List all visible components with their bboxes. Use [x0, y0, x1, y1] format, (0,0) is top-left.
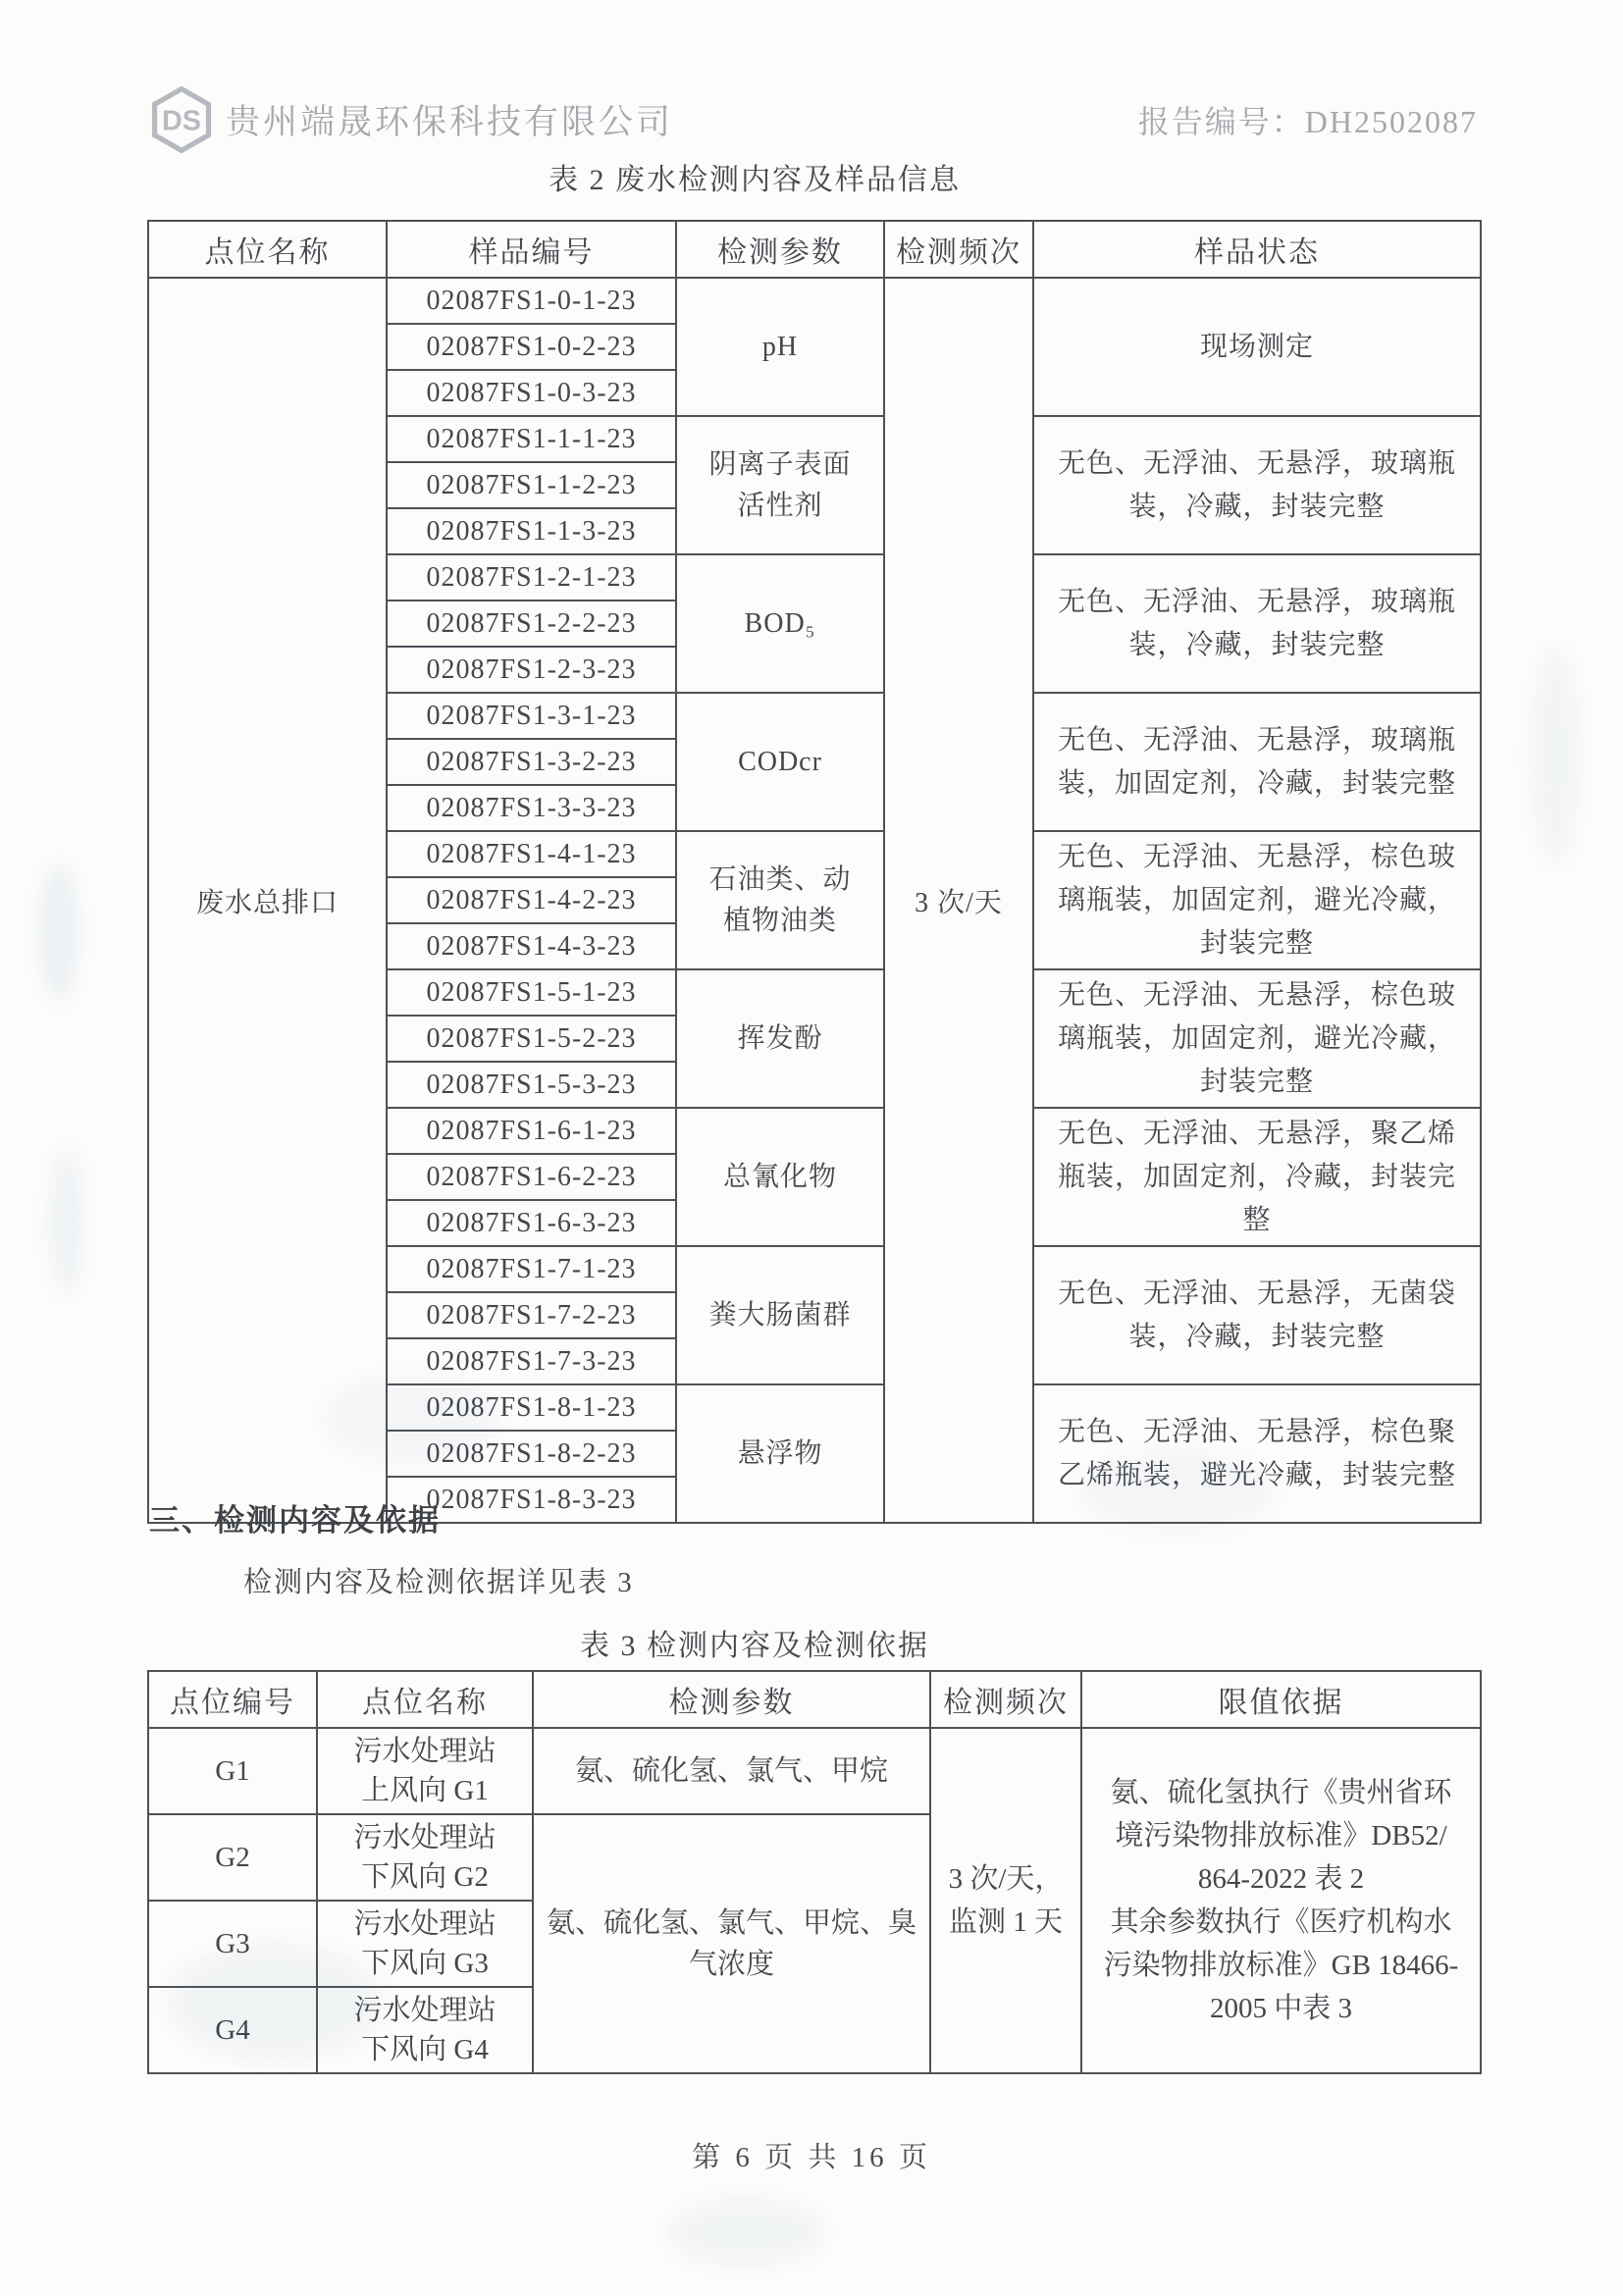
point-id-cell: G1: [148, 1728, 317, 1814]
sample-id-cell: 02087FS1-7-1-23: [387, 1246, 676, 1292]
parameter-cell: 粪大肠菌群: [676, 1246, 884, 1384]
parameter-cell: CODcr: [676, 693, 884, 831]
parameter-cell: 氨、硫化氢、氯气、甲烷、臭气浓度: [533, 1814, 930, 2073]
sample-id-cell: 02087FS1-3-3-23: [387, 785, 676, 831]
sample-id-cell: 02087FS1-6-2-23: [387, 1154, 676, 1200]
parameter-cell: 氨、硫化氢、氯气、甲烷: [533, 1728, 930, 1814]
sample-id-cell: 02087FS1-8-2-23: [387, 1431, 676, 1477]
scan-smudge: [39, 863, 79, 1001]
sample-id-cell: 02087FS1-5-3-23: [387, 1062, 676, 1108]
sample-id-cell: 02087FS1-4-2-23: [387, 877, 676, 923]
parameter-cell: 阴离子表面活性剂: [676, 416, 884, 554]
document-page: DS 贵州端晟环保科技有限公司 报告编号：DH2502087 表 2 废水检测内…: [0, 0, 1623, 2296]
sample-id-cell: 02087FS1-5-2-23: [387, 1016, 676, 1062]
sample-id-cell: 02087FS1-1-3-23: [387, 508, 676, 554]
col-header-frequency: 检测频次: [884, 221, 1033, 278]
sample-id-cell: 02087FS1-4-3-23: [387, 923, 676, 969]
parameter-cell: BOD₅: [676, 554, 884, 693]
parameter-cell: pH: [676, 278, 884, 416]
status-cell: 无色、无浮油、无悬浮，玻璃瓶装，加固定剂，冷藏，封装完整: [1033, 693, 1481, 831]
sample-id-cell: 02087FS1-1-2-23: [387, 462, 676, 508]
sample-id-cell: 02087FS1-0-1-23: [387, 278, 676, 324]
company-name: 贵州端晟环保科技有限公司: [226, 95, 673, 144]
col-header-sample-id: 样品编号: [387, 221, 676, 278]
limit-basis-line: 其余参数执行《医疗机构水污染物排放标准》GB 18466-2005 中表 3: [1098, 1901, 1464, 2030]
col-header-status: 样品状态: [1033, 221, 1481, 278]
limit-basis-cell: 氨、硫化氢执行《贵州省环境污染物排放标准》DB52/ 864-2022 表 2 …: [1081, 1728, 1481, 2073]
point-id-cell: G3: [148, 1901, 317, 1987]
status-cell: 无色、无浮油、无悬浮，棕色聚乙烯瓶装，避光冷藏，封装完整: [1033, 1384, 1481, 1523]
status-cell: 无色、无浮油、无悬浮，聚乙烯瓶装，加固定剂，冷藏，封装完整: [1033, 1108, 1481, 1246]
content-basis-table: 点位编号 点位名称 检测参数 检测频次 限值依据 G1 污水处理站上风向 G1 …: [147, 1670, 1482, 2074]
status-cell: 现场测定: [1033, 278, 1481, 416]
col-header-point-name: 点位名称: [317, 1671, 533, 1728]
parameter-cell: 悬浮物: [676, 1384, 884, 1523]
sample-id-cell: 02087FS1-7-2-23: [387, 1292, 676, 1338]
report-number: 报告编号：DH2502087: [1138, 97, 1478, 142]
col-header-limit-basis: 限值依据: [1081, 1671, 1481, 1728]
sample-id-cell: 02087FS1-1-1-23: [387, 416, 676, 462]
status-cell: 无色、无浮油、无悬浮，玻璃瓶装，冷藏，封装完整: [1033, 416, 1481, 554]
scan-smudge: [49, 1148, 84, 1295]
sample-id-cell: 02087FS1-6-1-23: [387, 1108, 676, 1154]
parameter-cell: 总氰化物: [676, 1108, 884, 1246]
sample-id-cell: 02087FS1-5-1-23: [387, 969, 676, 1016]
point-name-cell: 污水处理站下风向 G2: [317, 1814, 533, 1901]
status-cell: 无色、无浮油、无悬浮，玻璃瓶装，冷藏，封装完整: [1033, 554, 1481, 693]
table-row: 废水总排口 02087FS1-0-1-23 pH 3 次/天 现场测定: [148, 278, 1481, 324]
sample-id-cell: 02087FS1-0-2-23: [387, 324, 676, 370]
table2-title: 表 2 废水检测内容及样品信息: [88, 155, 1421, 198]
table2-header-row: 点位名称 样品编号 检测参数 检测频次 样品状态: [148, 221, 1481, 278]
sample-id-cell: 02087FS1-2-1-23: [387, 554, 676, 600]
page-header: DS 贵州端晟环保科技有限公司 报告编号：DH2502087: [149, 86, 1478, 153]
sample-id-cell: 02087FS1-2-2-23: [387, 600, 676, 647]
status-cell: 无色、无浮油、无悬浮，无菌袋装，冷藏，封装完整: [1033, 1246, 1481, 1384]
limit-basis-line: 氨、硫化氢执行《贵州省环境污染物排放标准》DB52/ 864-2022 表 2: [1098, 1771, 1464, 1901]
point-name-cell: 污水处理站下风向 G4: [317, 1987, 533, 2073]
point-id-cell: G4: [148, 1987, 317, 2073]
sample-id-cell: 02087FS1-6-3-23: [387, 1200, 676, 1246]
status-cell: 无色、无浮油、无悬浮，棕色玻璃瓶装，加固定剂，避光冷藏，封装完整: [1033, 831, 1481, 969]
col-header-point-name: 点位名称: [148, 221, 387, 278]
sample-id-cell: 02087FS1-7-3-23: [387, 1338, 676, 1384]
company-logo-icon: DS: [149, 86, 214, 153]
point-name-cell: 污水处理站上风向 G1: [317, 1728, 533, 1814]
section-heading: 三、检测内容及依据: [149, 1495, 441, 1539]
section-body-text: 检测内容及检测依据详见表 3: [243, 1560, 634, 1600]
point-name-cell: 废水总排口: [148, 278, 387, 1523]
col-header-parameter: 检测参数: [676, 221, 884, 278]
scan-smudge: [667, 2198, 824, 2267]
table3-title: 表 3 检测内容及检测依据: [88, 1621, 1421, 1664]
table-row: G1 污水处理站上风向 G1 氨、硫化氢、氯气、甲烷 3 次/天，监测 1 天 …: [148, 1728, 1481, 1814]
sample-id-cell: 02087FS1-8-1-23: [387, 1384, 676, 1431]
parameter-cell: 挥发酚: [676, 969, 884, 1108]
status-cell: 无色、无浮油、无悬浮，棕色玻璃瓶装，加固定剂，避光冷藏，封装完整: [1033, 969, 1481, 1108]
page-number: 第 6 页 共 16 页: [0, 2135, 1623, 2175]
sample-id-cell: 02087FS1-3-1-23: [387, 693, 676, 739]
sample-id-cell: 02087FS1-0-3-23: [387, 370, 676, 416]
col-header-frequency: 检测频次: [930, 1671, 1081, 1728]
svg-text:DS: DS: [162, 105, 201, 136]
table3-header-row: 点位编号 点位名称 检测参数 检测频次 限值依据: [148, 1671, 1481, 1728]
sample-id-cell: 02087FS1-3-2-23: [387, 739, 676, 785]
scan-smudge: [1531, 648, 1580, 863]
sample-id-cell: 02087FS1-4-1-23: [387, 831, 676, 877]
frequency-cell: 3 次/天，监测 1 天: [930, 1728, 1081, 2073]
parameter-cell: 石油类、动植物油类: [676, 831, 884, 969]
frequency-cell: 3 次/天: [884, 278, 1033, 1523]
point-name-cell: 污水处理站下风向 G3: [317, 1901, 533, 1987]
wastewater-sample-table: 点位名称 样品编号 检测参数 检测频次 样品状态 废水总排口 02087FS1-…: [147, 220, 1482, 1524]
sample-id-cell: 02087FS1-2-3-23: [387, 647, 676, 693]
col-header-point-id: 点位编号: [148, 1671, 317, 1728]
col-header-parameter: 检测参数: [533, 1671, 930, 1728]
point-id-cell: G2: [148, 1814, 317, 1901]
